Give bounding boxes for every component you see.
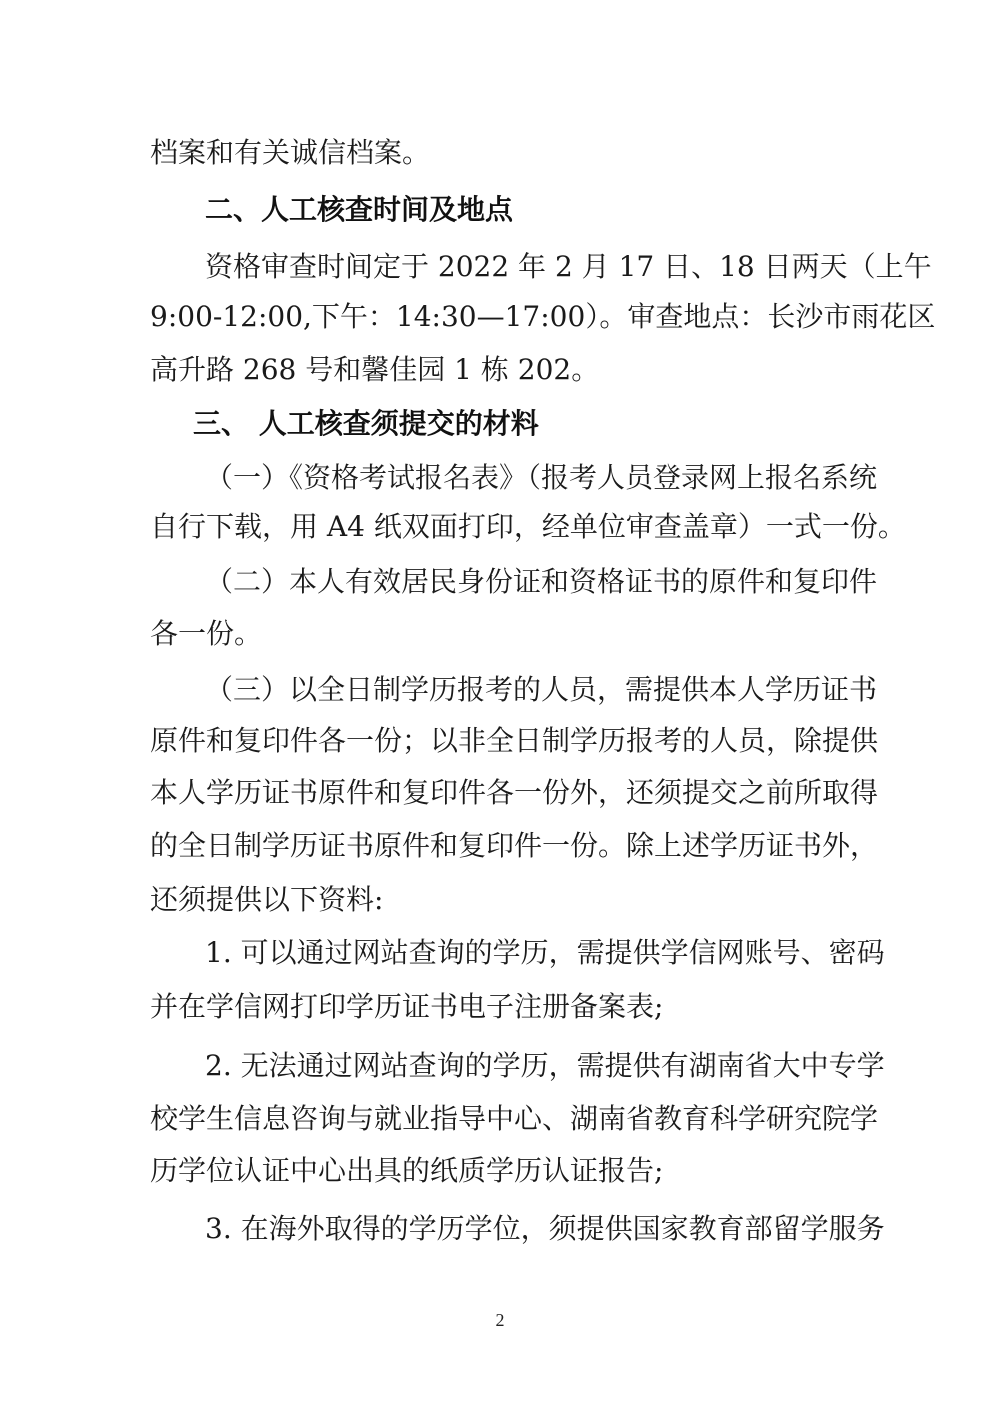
sub2-line: 2. 无法通过网站查询的学历，需提供有湖南省大中专学: [205, 1046, 850, 1086]
item3-line: 还须提供以下资料:: [150, 880, 850, 920]
item1-line: 自行下载，用 A4 纸双面打印，经单位审查盖章）一式一份。: [150, 507, 850, 547]
sub1-line: 并在学信网打印学历证书电子注册备案表;: [150, 987, 850, 1027]
item3-line: 的全日制学历证书原件和复印件一份。除上述学历证书外，: [150, 826, 850, 866]
document-page: 档案和有关诚信档案。 二、人工核查时间及地点 资格审查时间定于 2022 年 2…: [0, 0, 1000, 1414]
section-heading-2: 二、人工核查时间及地点: [205, 190, 513, 230]
section2-line: 高升路 268 号和馨佳园 1 栋 202。: [150, 350, 850, 390]
sub2-line: 校学生信息咨询与就业指导中心、湖南省教育科学研究院学: [150, 1099, 850, 1139]
section-heading-3: 三、 人工核查须提交的材料: [193, 404, 539, 444]
sub2-line: 历学位认证中心出具的纸质学历认证报告;: [150, 1151, 850, 1191]
sub1-line: 1. 可以通过网站查询的学历，需提供学信网账号、密码: [205, 933, 850, 973]
item2-line: 各一份。: [150, 614, 850, 654]
page-number: 2: [490, 1310, 510, 1331]
item2-line: （二）本人有效居民身份证和资格证书的原件和复印件: [205, 562, 850, 602]
section2-line: 9:00-12:00,下午：14:30—17:00）。审查地点：长沙市雨花区: [150, 297, 850, 337]
item1-line: （一）《资格考试报名表》（报考人员登录网上报名系统: [205, 458, 850, 498]
section2-line: 资格审查时间定于 2022 年 2 月 17 日、18 日两天（上午: [205, 247, 850, 287]
continuation-text: 档案和有关诚信档案。: [150, 133, 850, 173]
item3-line: （三）以全日制学历报考的人员，需提供本人学历证书: [205, 670, 850, 710]
sub3-line: 3. 在海外取得的学历学位，须提供国家教育部留学服务: [205, 1209, 850, 1249]
item3-line: 本人学历证书原件和复印件各一份外，还须提交之前所取得: [150, 773, 850, 813]
item3-line: 原件和复印件各一份；以非全日制学历报考的人员，除提供: [150, 721, 850, 761]
